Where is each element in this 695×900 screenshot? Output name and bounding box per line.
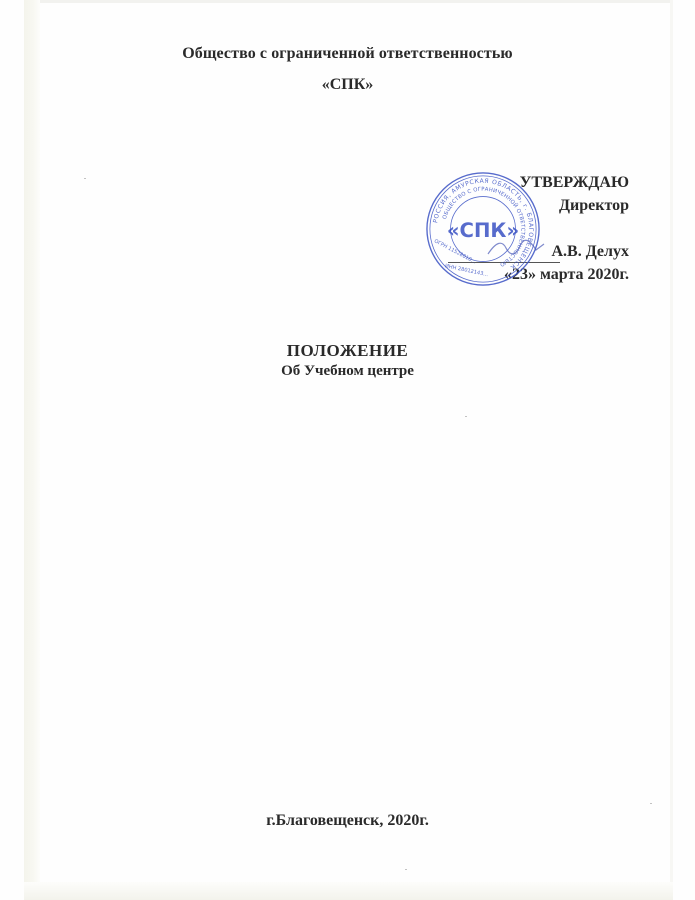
scan-speck	[84, 178, 86, 179]
scan-speck	[405, 869, 407, 870]
city-and-year: г.Благовещенск, 2020г.	[0, 812, 695, 830]
stamp-inn: ИНН 28012143...	[444, 263, 489, 278]
scan-speck	[465, 416, 467, 417]
official-stamp-icon: РОССИЯ, АМУРСКАЯ ОБЛАСТЬ, г. БЛАГОВЕЩЕНС…	[424, 170, 542, 288]
organization-short-name: «СПК»	[0, 76, 695, 94]
stamp-ogrn: ОГРН 11528010...	[433, 238, 477, 265]
signature-icon	[486, 236, 546, 258]
document-subtitle: Об Учебном центре	[0, 363, 695, 380]
scan-speck	[650, 803, 652, 804]
document-page: Общество с ограниченной ответственностью…	[0, 0, 695, 900]
organization-name: Общество с ограниченной ответственностью	[0, 45, 695, 63]
document-title: ПОЛОЖЕНИЕ	[0, 341, 695, 361]
